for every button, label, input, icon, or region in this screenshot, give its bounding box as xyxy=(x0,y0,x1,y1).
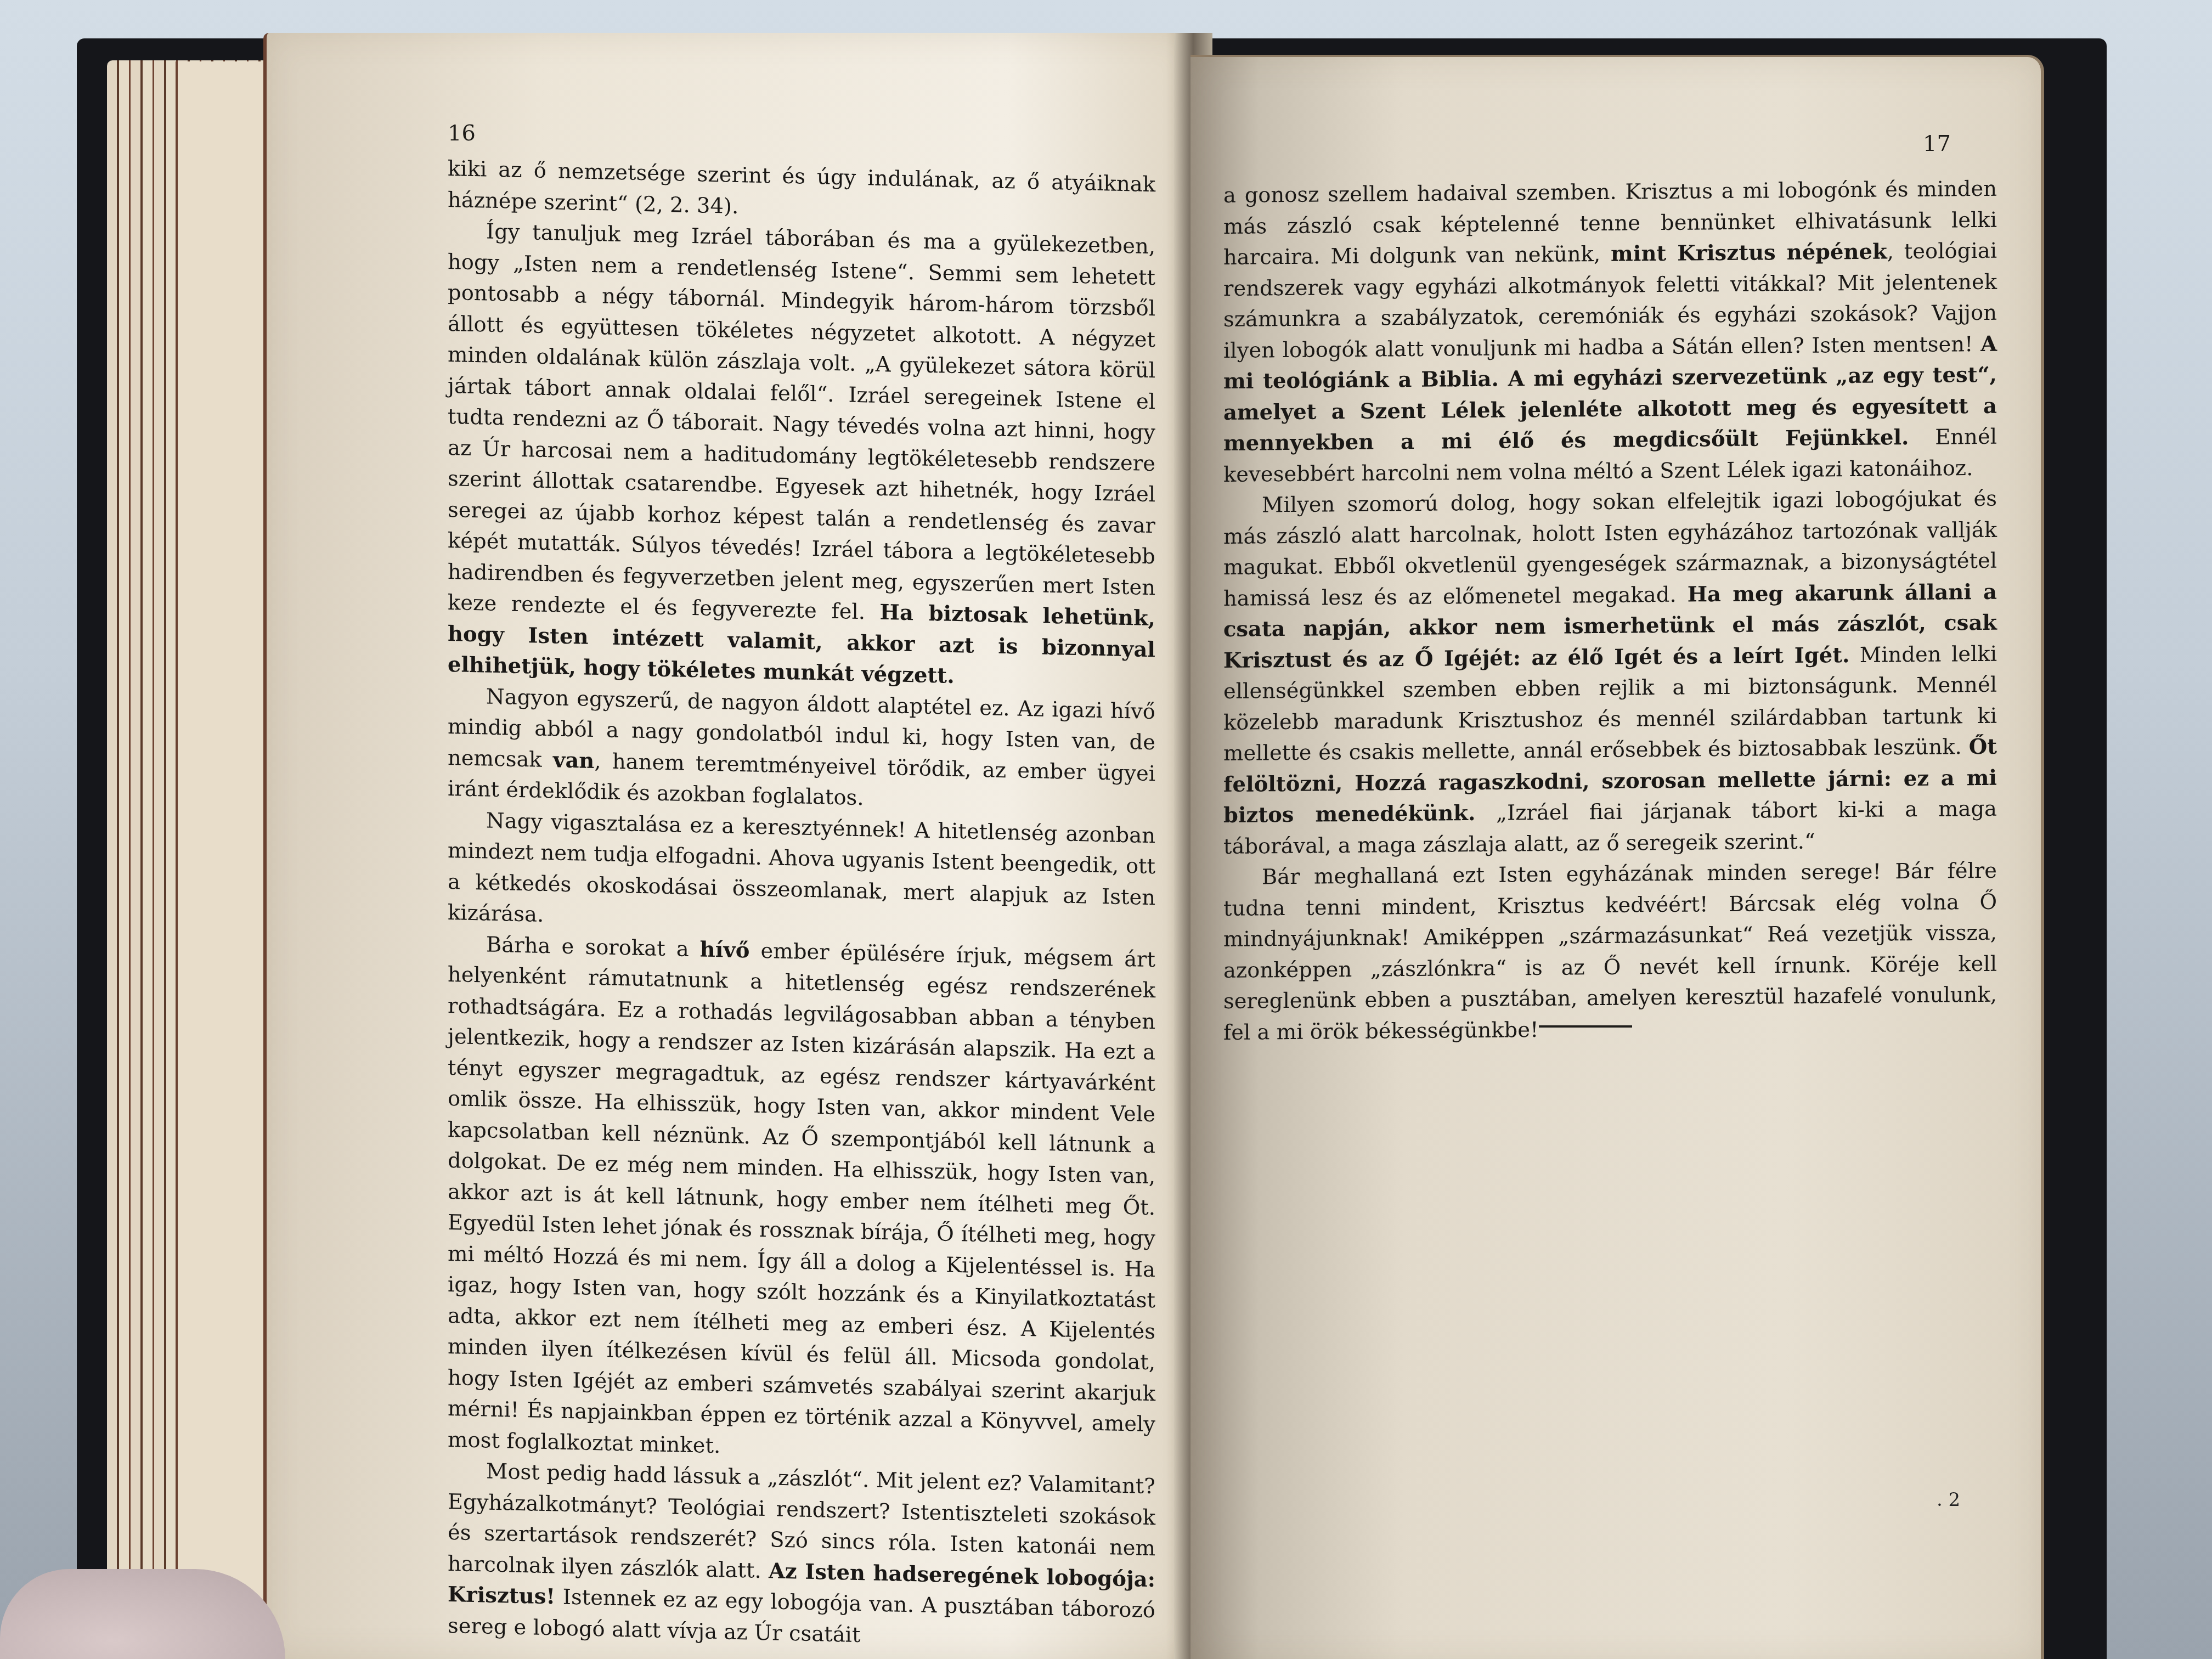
bold-text: hívő xyxy=(700,937,750,963)
paragraph: Most pedig hadd lássuk a „zászlót“. Mit … xyxy=(448,1455,1155,1657)
paragraph: Nagy vigasztalása ez a keresztyénnek! A … xyxy=(448,805,1155,945)
page-number-left: 16 xyxy=(448,121,476,146)
page-number-right: 17 xyxy=(1923,131,1951,156)
body-text: ember épülésére írjuk, mégsem árt helyen… xyxy=(448,938,1155,1458)
printer-signature-mark: . 2 xyxy=(1937,1489,1960,1511)
body-text: Bárha e sorokat a xyxy=(486,932,700,962)
bold-text: mint Krisztus népének xyxy=(1611,239,1887,266)
photo-scene: 16 kiki az ő nemzetsége szerint és úgy i… xyxy=(0,0,2212,1659)
body-text: Nagy vigasztalása ez a keresztyénnek! A … xyxy=(448,808,1155,927)
paragraph: Így tanuljuk meg Izráel táborában és ma … xyxy=(448,216,1155,697)
bold-text: van xyxy=(553,748,594,774)
left-page: 16 kiki az ő nemzetsége szerint és úgy i… xyxy=(263,33,1194,1659)
right-page-text: a gonosz szellem hadaival szemben. Krisz… xyxy=(1223,174,1997,1048)
section-end-rule xyxy=(1539,1025,1632,1028)
paragraph: Bár meghallaná ezt Isten egyházának mind… xyxy=(1223,856,1997,1048)
body-text: Így tanuljuk meg Izráel táborában és ma … xyxy=(448,219,1155,625)
paragraph: a gonosz szellem hadaival szemben. Krisz… xyxy=(1223,174,1997,490)
paragraph: Milyen szomorú dolog, hogy sokan elfelej… xyxy=(1223,484,1997,862)
body-text: Bár meghallaná ezt Isten egyházának mind… xyxy=(1223,859,1997,1045)
paragraph: Bárha e sorokat a hívő ember épülésére í… xyxy=(448,929,1155,1472)
holding-finger xyxy=(0,1569,285,1659)
body-text: kiki az ő nemzetsége szerint és úgy indu… xyxy=(448,156,1155,219)
left-page-text: kiki az ő nemzetsége szerint és úgy indu… xyxy=(448,154,1155,1657)
flyleaf xyxy=(176,61,273,1659)
right-page: 17 a gonosz szellem hadaival szemben. Kr… xyxy=(1190,55,2044,1659)
paragraph: Nagyon egyszerű, de nagyon áldott alapté… xyxy=(448,681,1155,821)
